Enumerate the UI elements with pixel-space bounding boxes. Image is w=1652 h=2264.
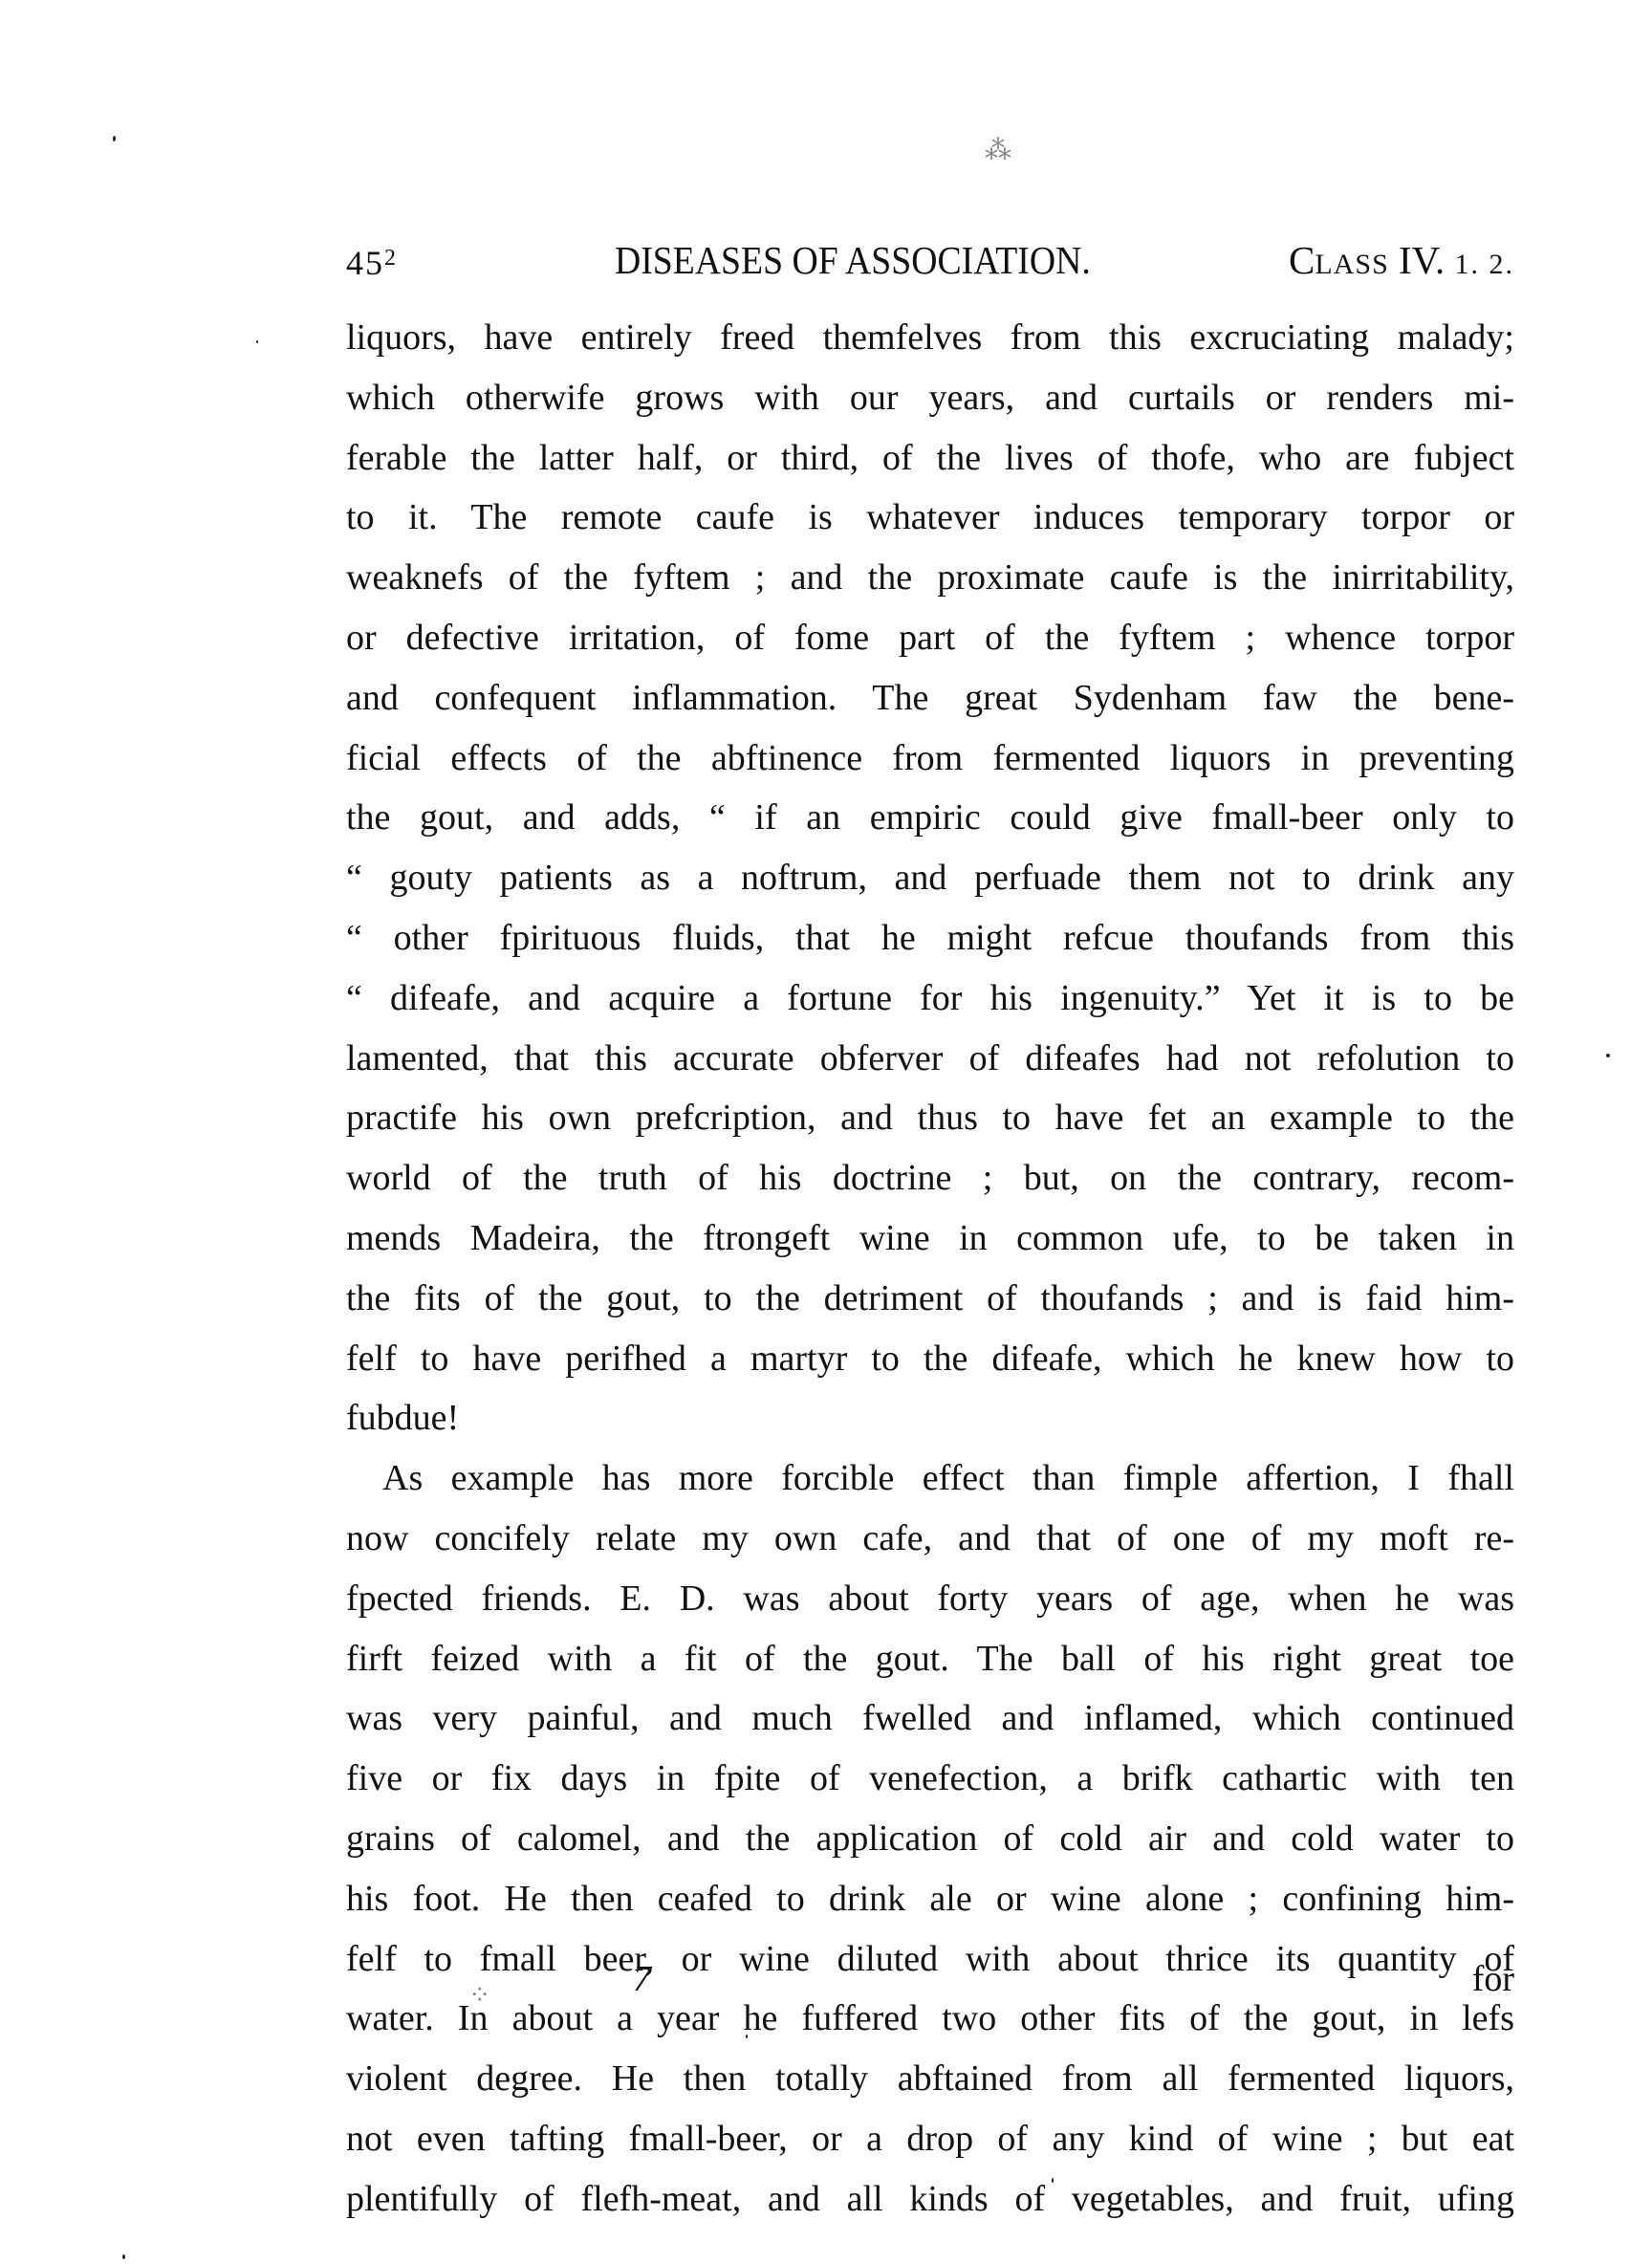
- body-text: liquors, have entirely freed themfelves …: [346, 308, 1514, 2230]
- running-head: 452 DISEASES OF ASSOCIATION. CLASS IV. 1…: [346, 237, 1514, 291]
- text-line: fpected friends. E. D. was about forty y…: [346, 1569, 1514, 1629]
- text-line: “ other fpirituous fluids, that he might…: [346, 908, 1514, 969]
- speck: [256, 340, 258, 343]
- text-line: lamented, that this accurate obferver of…: [346, 1029, 1514, 1089]
- speck: [122, 2254, 125, 2259]
- text-line: which otherwife grows with our years, an…: [346, 368, 1514, 428]
- text-line: violent degree. He then totally abftaine…: [346, 2049, 1514, 2109]
- text-line: “ gouty patients as a noftrum, and perfu…: [346, 848, 1514, 908]
- class-reference: CLASS IV. 1. 2.: [1289, 237, 1514, 283]
- text-line: felf to have perifhed a martyr to the di…: [346, 1329, 1514, 1389]
- text-line: the gout, and adds, “ if an empiric coul…: [346, 788, 1514, 848]
- speck: [1606, 1054, 1610, 1057]
- signature-mark: 7: [633, 1958, 651, 2000]
- ink-smudge-top: ⁂: [985, 134, 1009, 166]
- paragraph-end-line: fubdue!: [346, 1388, 1514, 1448]
- text-line: weaknefs of the fyftem ; and the proxima…: [346, 548, 1514, 608]
- speck: [1052, 2178, 1054, 2183]
- text-line: not even tafting fmall-beer, or a drop o…: [346, 2109, 1514, 2169]
- text-line: mends Madeira, the ftrongeft wine in com…: [346, 1208, 1514, 1269]
- text-line: was very painful, and much fwelled and i…: [346, 1688, 1514, 1749]
- text-line: his foot. He then ceafed to drink ale or…: [346, 1869, 1514, 1929]
- text-line: now concifely relate my own cafe, and th…: [346, 1509, 1514, 1569]
- page-number: 452: [346, 243, 398, 283]
- text-line: liquors, have entirely freed themfelves …: [346, 308, 1514, 368]
- ink-smudge-bottom: ⁘: [468, 1979, 488, 2012]
- text-line: grains of calomel, and the application o…: [346, 1809, 1514, 1869]
- text-line: five or fix days in fpite of venefection…: [346, 1749, 1514, 1809]
- book-page: 452 DISEASES OF ASSOCIATION. CLASS IV. 1…: [0, 0, 1652, 2264]
- text-line: the fits of the gout, to the detriment o…: [346, 1269, 1514, 1329]
- paragraph-start-line: As example has more forcible effect than…: [346, 1448, 1514, 1509]
- text-line: plentifully of flefh-meat, and all kinds…: [346, 2169, 1514, 2230]
- text-line: or defective irritation, of fome part of…: [346, 608, 1514, 668]
- catchword: for: [1472, 1958, 1514, 2000]
- speck: [113, 136, 116, 141]
- text-line: practife his own prefcription, and thus …: [346, 1088, 1514, 1148]
- chapter-title: DISEASES OF ASSOCIATION.: [615, 237, 1091, 283]
- page-footer: 7 for: [346, 1958, 1514, 2015]
- text-line: ficial effects of the abftinence from fe…: [346, 729, 1514, 789]
- speck: [746, 2035, 748, 2038]
- text-line: ferable the latter half, or third, of th…: [346, 428, 1514, 489]
- text-line: “ difeafe, and acquire a fortune for his…: [346, 969, 1514, 1029]
- text-line: world of the truth of his doctrine ; but…: [346, 1148, 1514, 1208]
- text-line: to it. The remote caufe is whatever indu…: [346, 488, 1514, 548]
- text-line: firft feized with a fit of the gout. The…: [346, 1629, 1514, 1689]
- text-line: and confequent inflammation. The great S…: [346, 668, 1514, 729]
